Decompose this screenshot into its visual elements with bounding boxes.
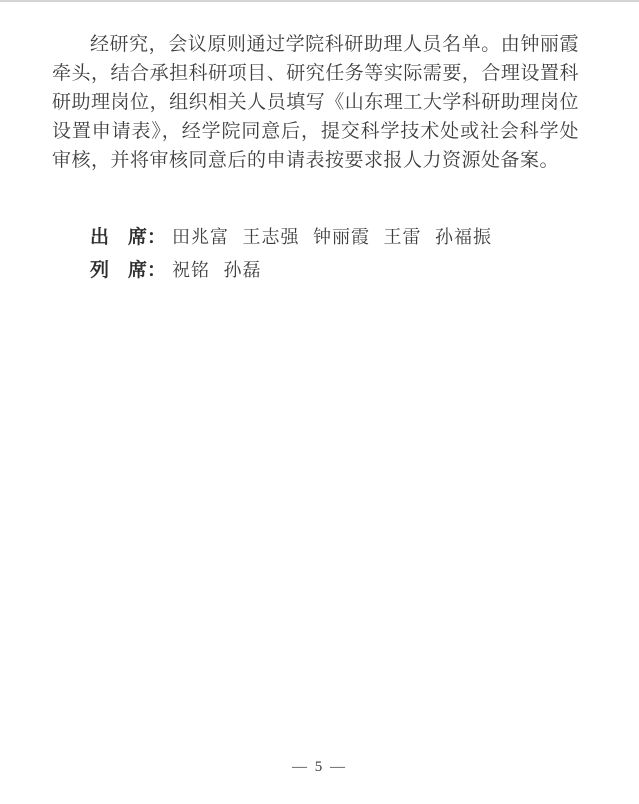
attendance-label-observers: 列 席：: [90, 260, 166, 281]
attendance-row-observers: 列 席：祝铭 孙磊: [90, 254, 579, 287]
body-paragraph: 经研究，会议原则通过学院科研助理人员名单。由钟丽霞牵头，结合承担科研项目、研究任…: [52, 30, 579, 175]
page-content: 经研究，会议原则通过学院科研助理人员名单。由钟丽霞牵头，结合承担科研项目、研究任…: [52, 30, 579, 287]
attendance-label-present: 出 席：: [90, 227, 166, 248]
attendance-row-present: 出 席：田兆富 王志强 钟丽霞 王雷 孙福振: [90, 221, 579, 254]
document-page: 经研究，会议原则通过学院科研助理人员名单。由钟丽霞牵头，结合承担科研项目、研究任…: [0, 0, 639, 804]
attendance-names-present: 田兆富 王志强 钟丽霞 王雷 孙福振: [172, 227, 492, 247]
page-number: — 5 —: [0, 759, 639, 776]
attendance-names-observers: 祝铭 孙磊: [172, 260, 262, 280]
page-top-border: [0, 0, 639, 2]
attendance-list: 出 席：田兆富 王志强 钟丽霞 王雷 孙福振 列 席：祝铭 孙磊: [52, 221, 579, 287]
